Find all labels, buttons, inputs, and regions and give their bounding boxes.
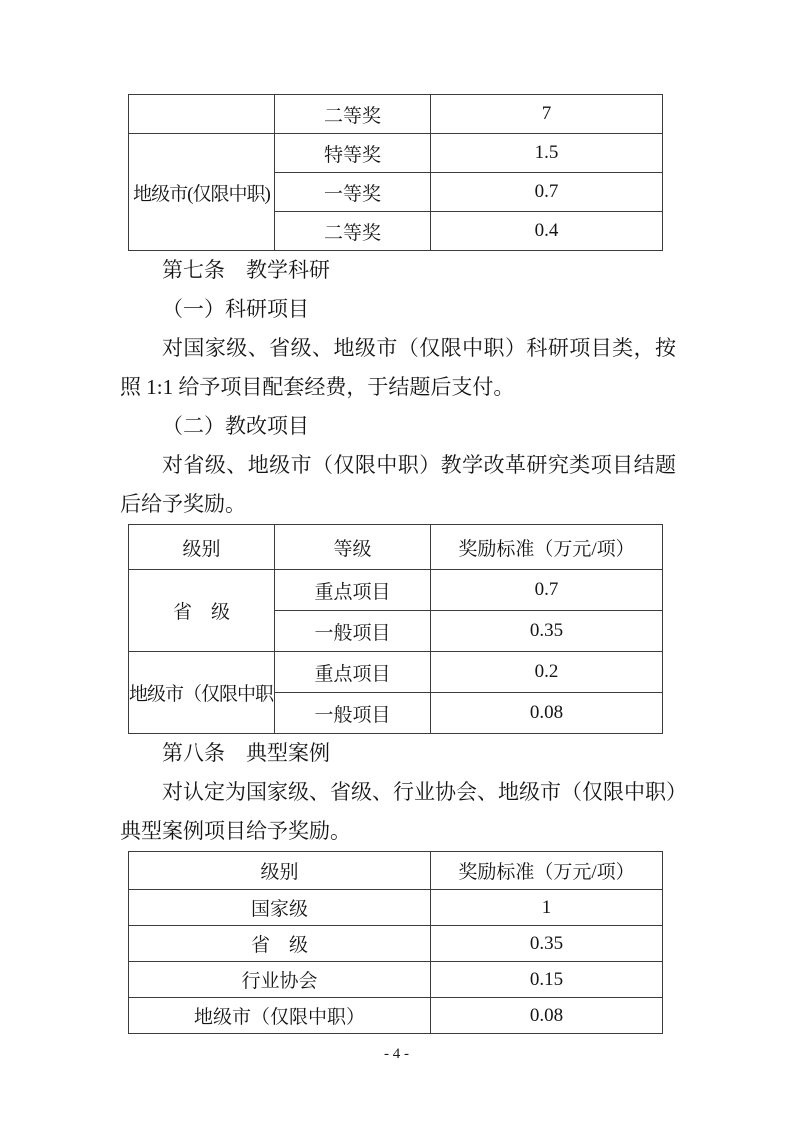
table-header-cell: 奖励标准（万元/项） [431, 852, 663, 890]
paragraph-line: 后给予奖励。 [120, 485, 676, 524]
article-7-heading: 第七条 教学科研 [120, 251, 676, 290]
table-cell-grade: 二等奖 [275, 212, 431, 251]
table-cell-amount: 1.5 [431, 134, 663, 173]
table-row: 地级市（仅限中职） 0.08 [129, 998, 663, 1034]
table-cell-grade: 一般项目 [275, 611, 431, 652]
table-cell-level: 地级市（仅限中职） [129, 998, 431, 1034]
typical-case-reward-table: 级别 奖励标准（万元/项） 国家级 1 省 级 0.35 行业协会 0.15 地… [128, 851, 663, 1034]
table-cell-level: 国家级 [129, 890, 431, 926]
paragraph-line: 对认定为国家级、省级、行业协会、地级市（仅限中职） [120, 773, 676, 812]
table-cell-amount: 0.35 [431, 926, 663, 962]
table-cell-grade: 特等奖 [275, 134, 431, 173]
article-7-sub-1-heading: （一）科研项目 [120, 290, 676, 329]
table-cell-amount: 0.2 [431, 652, 663, 693]
table-cell-level: 行业协会 [129, 962, 431, 998]
table-cell-level-merged: 地级市（仅限中职） [129, 652, 275, 734]
table-header-cell: 等级 [275, 525, 431, 570]
table-row: 行业协会 0.15 [129, 962, 663, 998]
table-cell-grade: 一等奖 [275, 173, 431, 212]
table-header-cell: 奖励标准（万元/项） [431, 525, 663, 570]
table-cell-grade: 一般项目 [275, 693, 431, 734]
table-cell-amount: 1 [431, 890, 663, 926]
table-cell-level: 省 级 [129, 926, 431, 962]
paragraph-line: 照 1:1 给予项目配套经费，于结题后支付。 [120, 368, 676, 407]
article-7-sub-2-heading: （二）教改项目 [120, 407, 676, 446]
table-header-row: 级别 等级 奖励标准（万元/项） [129, 525, 663, 570]
table-header-cell: 级别 [129, 852, 431, 890]
document-page: 二等奖 7 地级市(仅限中职) 特等奖 1.5 一等奖 0.7 二等奖 0.4 … [0, 0, 793, 1122]
table-cell-level-merged: 省 级 [129, 570, 275, 652]
table-header-cell: 级别 [129, 525, 275, 570]
table-cell-grade: 二等奖 [275, 95, 431, 134]
paragraph-line: 对国家级、省级、地级市（仅限中职）科研项目类，按 [120, 329, 676, 368]
table-row: 省 级 0.35 [129, 926, 663, 962]
table-row: 地级市（仅限中职） 重点项目 0.2 [129, 652, 663, 693]
table-cell-amount: 0.35 [431, 611, 663, 652]
table-cell-level-merged: 地级市(仅限中职) [129, 134, 275, 251]
reform-project-reward-table: 级别 等级 奖励标准（万元/项） 省 级 重点项目 0.7 一般项目 0.35 … [128, 524, 663, 734]
table-header-row: 级别 奖励标准（万元/项） [129, 852, 663, 890]
table-cell-level [129, 95, 275, 134]
table-cell-amount: 0.08 [431, 998, 663, 1034]
table-row: 省 级 重点项目 0.7 [129, 570, 663, 611]
table-row: 国家级 1 [129, 890, 663, 926]
table-cell-amount: 0.7 [431, 173, 663, 212]
paragraph-line: 对省级、地级市（仅限中职）教学改革研究类项目结题 [120, 446, 676, 485]
award-table-continued: 二等奖 7 地级市(仅限中职) 特等奖 1.5 一等奖 0.7 二等奖 0.4 [128, 94, 663, 251]
table-cell-amount: 0.15 [431, 962, 663, 998]
table-cell-grade: 重点项目 [275, 652, 431, 693]
table-cell-grade: 重点项目 [275, 570, 431, 611]
table-row: 二等奖 7 [129, 95, 663, 134]
table-row: 地级市(仅限中职) 特等奖 1.5 [129, 134, 663, 173]
table-cell-amount: 0.4 [431, 212, 663, 251]
table-cell-amount: 0.08 [431, 693, 663, 734]
table-cell-amount: 0.7 [431, 570, 663, 611]
page-number: - 4 - [0, 1046, 793, 1063]
table-cell-amount: 7 [431, 95, 663, 134]
article-8-heading: 第八条 典型案例 [120, 734, 676, 773]
paragraph-line: 典型案例项目给予奖励。 [120, 812, 676, 851]
